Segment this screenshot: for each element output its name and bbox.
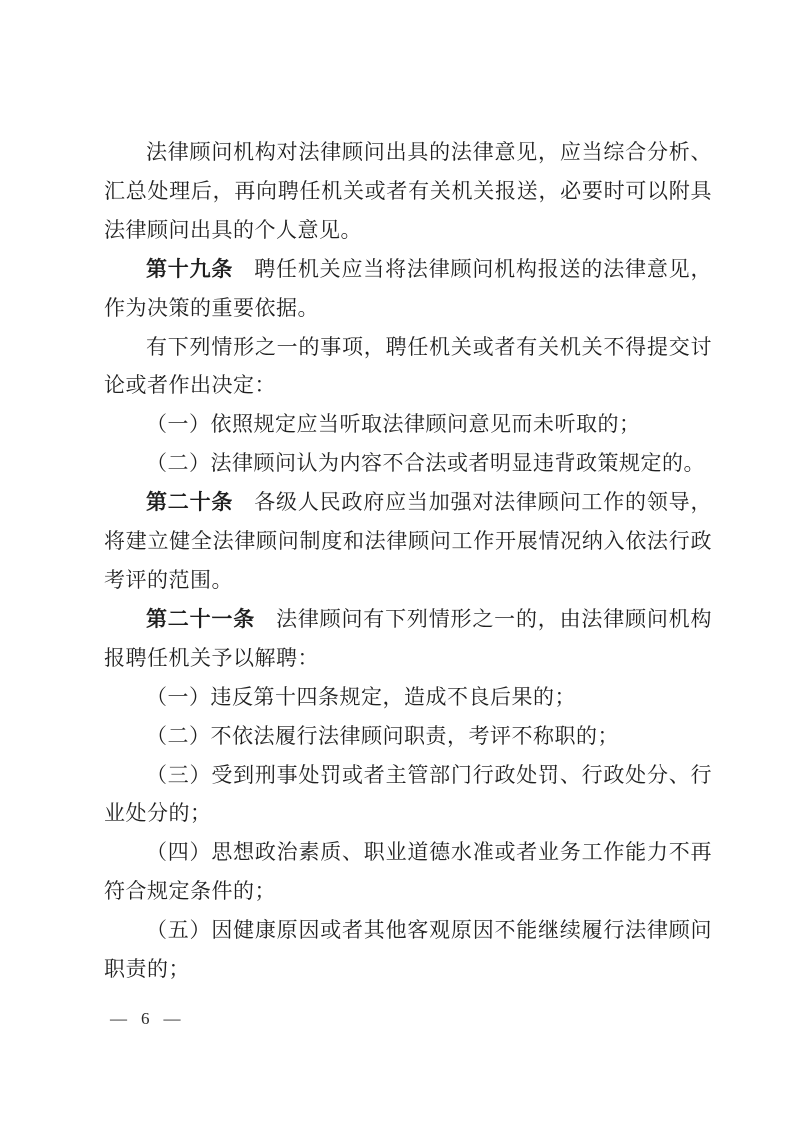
list-item: （二）不依法履行法律顾问职责，考评不称职的； bbox=[104, 717, 712, 756]
footer-dash-right: — bbox=[164, 1005, 182, 1033]
paragraph-text: （五）因健康原因或者其他客观原因不能继续履行法律顾问职责的； bbox=[104, 918, 712, 981]
paragraph: 法律顾问机构对法律顾问出具的法律意见，应当综合分析、汇总处理后，再向聘任机关或者… bbox=[104, 133, 712, 250]
document-body: 法律顾问机构对法律顾问出具的法律意见，应当综合分析、汇总处理后，再向聘任机关或者… bbox=[104, 133, 712, 989]
document-page: 法律顾问机构对法律顾问出具的法律意见，应当综合分析、汇总处理后，再向聘任机关或者… bbox=[0, 0, 800, 1131]
list-item: （四）思想政治素质、职业道德水准或者业务工作能力不再符合规定条件的； bbox=[104, 833, 712, 911]
list-item: （一）依照规定应当听取法律顾问意见而未听取的； bbox=[104, 405, 712, 444]
paragraph-text: 法律顾问机构对法律顾问出具的法律意见，应当综合分析、汇总处理后，再向聘任机关或者… bbox=[104, 140, 712, 242]
article-number: 第二十条 bbox=[146, 490, 233, 514]
list-item: （三）受到刑事处罚或者主管部门行政处罚、行政处分、行业处分的； bbox=[104, 756, 712, 834]
paragraph-text: （二）不依法履行法律顾问职责，考评不称职的； bbox=[146, 724, 619, 748]
page-number: 6 bbox=[141, 1005, 151, 1033]
page-footer: — 6 — bbox=[110, 1005, 182, 1033]
article-number: 第十九条 bbox=[146, 257, 233, 281]
paragraph-text: （二）法律顾问认为内容不合法或者明显违背政策规定的。 bbox=[146, 451, 705, 475]
article-number: 第二十一条 bbox=[146, 607, 255, 631]
footer-dash-left: — bbox=[110, 1005, 128, 1033]
paragraph-text: （四）思想政治素质、职业道德水准或者业务工作能力不再符合规定条件的； bbox=[104, 840, 712, 903]
paragraph-text: （一）违反第十四条规定，造成不良后果的； bbox=[146, 685, 576, 709]
paragraph-text: （一）依照规定应当听取法律顾问意见而未听取的； bbox=[146, 412, 641, 436]
list-item: （二）法律顾问认为内容不合法或者明显违背政策规定的。 bbox=[104, 444, 712, 483]
paragraph-text: （三）受到刑事处罚或者主管部门行政处罚、行政处分、行业处分的； bbox=[104, 763, 712, 826]
paragraph-text: 有下列情形之一的事项，聘任机关或者有关机关不得提交讨论或者作出决定： bbox=[104, 335, 712, 398]
list-item: （一）违反第十四条规定，造成不良后果的； bbox=[104, 678, 712, 717]
paragraph-article-21: 第二十一条法律顾问有下列情形之一的，由法律顾问机构报聘任机关予以解聘： bbox=[104, 600, 712, 678]
paragraph: 有下列情形之一的事项，聘任机关或者有关机关不得提交讨论或者作出决定： bbox=[104, 328, 712, 406]
list-item: （五）因健康原因或者其他客观原因不能继续履行法律顾问职责的； bbox=[104, 911, 712, 989]
paragraph-article-19: 第十九条聘任机关应当将法律顾问机构报送的法律意见，作为决策的重要依据。 bbox=[104, 250, 712, 328]
paragraph-article-20: 第二十条各级人民政府应当加强对法律顾问工作的领导，将建立健全法律顾问制度和法律顾… bbox=[104, 483, 712, 600]
